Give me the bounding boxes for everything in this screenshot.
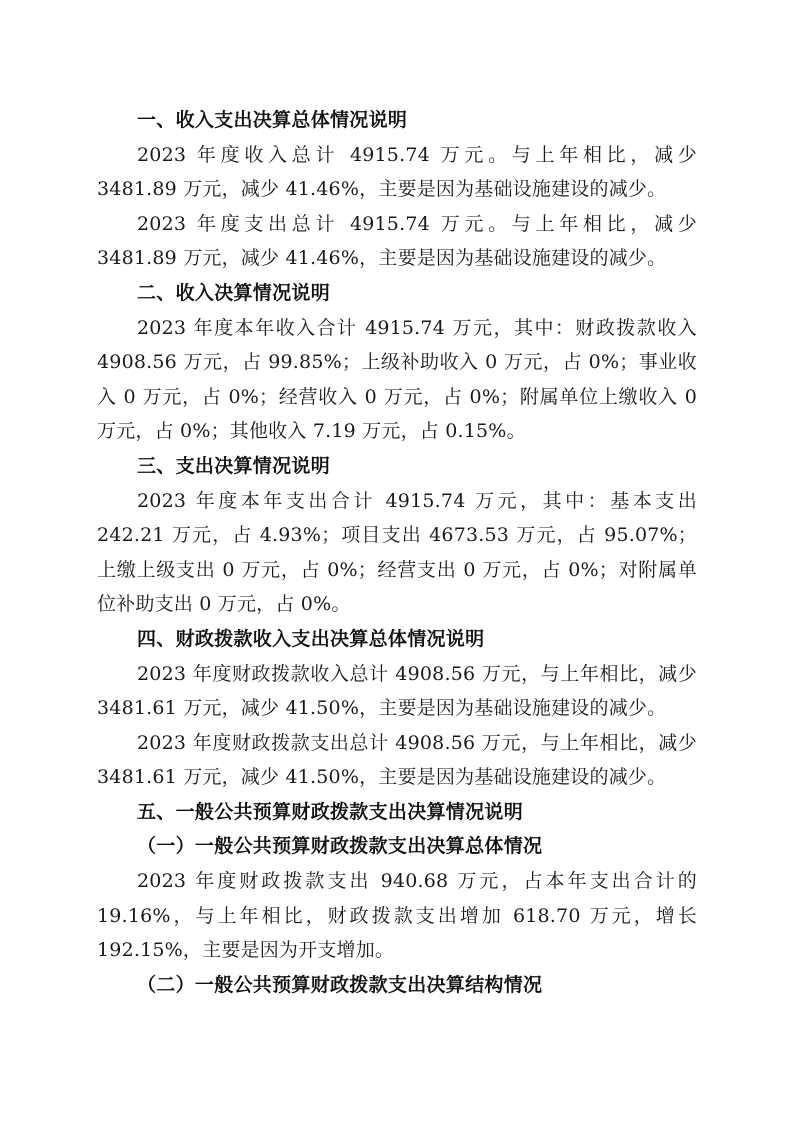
section-heading: 四、财政拨款收入支出决算总体情况说明 xyxy=(97,622,697,657)
section-heading: 二、收入决算情况说明 xyxy=(97,276,697,311)
paragraph: 2023 年度收入总计 4915.74 万元。与上年相比，减少 3481.89 … xyxy=(97,138,697,207)
paragraph: 2023 年度支出总计 4915.74 万元。与上年相比，减少 3481.89 … xyxy=(97,207,697,276)
section-overall: 一、收入支出决算总体情况说明 2023 年度收入总计 4915.74 万元。与上… xyxy=(97,103,697,276)
paragraph: 2023 年度财政拨款支出总计 4908.56 万元，与上年相比，减少 3481… xyxy=(97,726,697,795)
paragraph: 2023 年度本年支出合计 4915.74 万元，其中：基本支出 242.21 … xyxy=(97,484,697,622)
section-income: 二、收入决算情况说明 2023 年度本年收入合计 4915.74 万元，其中：财… xyxy=(97,276,697,449)
section-heading: 一、收入支出决算总体情况说明 xyxy=(97,103,697,138)
subsection-heading: （一）一般公共预算财政拨款支出决算总体情况 xyxy=(97,829,697,864)
document-page: 一、收入支出决算总体情况说明 2023 年度收入总计 4915.74 万元。与上… xyxy=(97,103,697,1002)
paragraph: 2023 年度财政拨款支出 940.68 万元，占本年支出合计的 19.16%，… xyxy=(97,864,697,968)
section-expenditure: 三、支出决算情况说明 2023 年度本年支出合计 4915.74 万元，其中：基… xyxy=(97,449,697,622)
section-heading: 五、一般公共预算财政拨款支出决算情况说明 xyxy=(97,795,697,830)
section-heading: 三、支出决算情况说明 xyxy=(97,449,697,484)
section-fiscal-appropriation: 四、财政拨款收入支出决算总体情况说明 2023 年度财政拨款收入总计 4908.… xyxy=(97,622,697,795)
section-general-public-budget: 五、一般公共预算财政拨款支出决算情况说明 （一）一般公共预算财政拨款支出决算总体… xyxy=(97,795,697,1003)
paragraph: 2023 年度本年收入合计 4915.74 万元，其中：财政拨款收入 4908.… xyxy=(97,311,697,449)
subsection-heading: （二）一般公共预算财政拨款支出决算结构情况 xyxy=(97,968,697,1003)
paragraph: 2023 年度财政拨款收入总计 4908.56 万元，与上年相比，减少 3481… xyxy=(97,657,697,726)
